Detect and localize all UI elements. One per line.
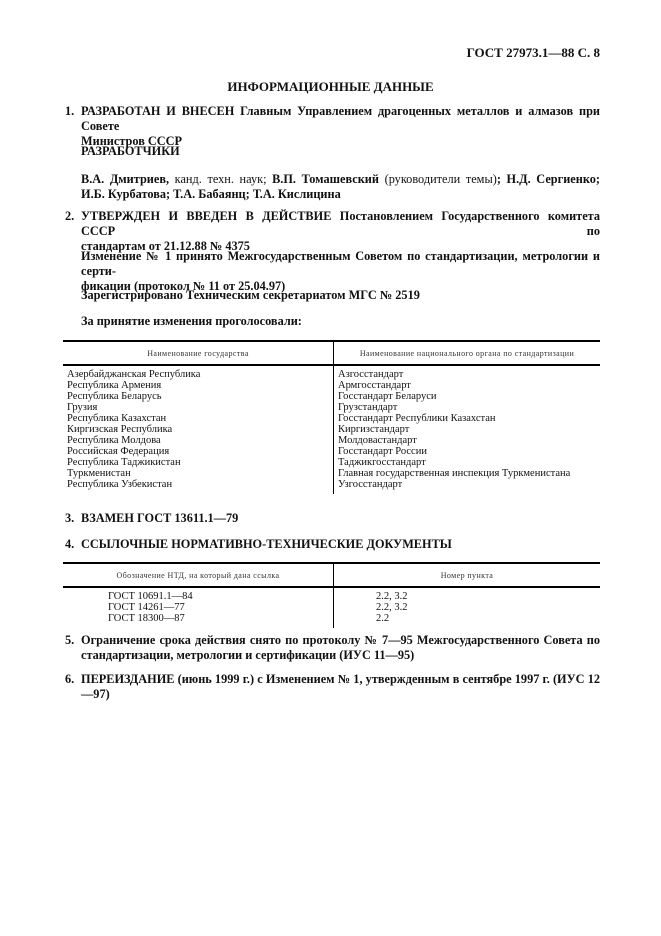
section-number: 6. bbox=[65, 672, 74, 687]
change-note-line-1: Изменение № 1 принято Межгосударственным… bbox=[81, 249, 600, 279]
table-row: ГОСТ 10691.1—842.2, 3.2 bbox=[63, 587, 600, 602]
section-4-text: ССЫЛОЧНЫЕ НОРМАТИВНО-ТЕХНИЧЕСКИЕ ДОКУМЕН… bbox=[81, 537, 452, 551]
table-row: Республика АрменияАрмгосстандарт bbox=[63, 380, 600, 391]
developers-line-2: И.Б. Курбатова; Т.А. Бабаянц; Т.А. Кисли… bbox=[81, 187, 600, 202]
table-row: Азербайджанская РеспубликаАзгосстандарт bbox=[63, 365, 600, 380]
section-number: 1. bbox=[65, 104, 74, 119]
table-row: ГОСТ 18300—872.2 bbox=[63, 613, 600, 628]
table-cell-name: Киргизская Республика bbox=[63, 424, 334, 435]
table-cell-value: Главная государственная инспекция Туркме… bbox=[334, 468, 601, 479]
table-cell-name: ГОСТ 10691.1—84 bbox=[63, 587, 334, 602]
table-cell-name: Грузия bbox=[63, 402, 334, 413]
column-header-body: Наименование национального органа по ста… bbox=[334, 341, 601, 365]
section-2-line-1: УТВЕРЖДЕН И ВВЕДЕН В ДЕЙСТВИЕ Постановле… bbox=[81, 209, 600, 239]
section-5-line-2: стандартизации, метрологии и сертификаци… bbox=[81, 648, 600, 663]
section-1: 1. РАЗРАБОТАН И ВНЕСЕН Главным Управлени… bbox=[81, 104, 600, 149]
table-cell-name: Республика Молдова bbox=[63, 435, 334, 446]
table-cell-value: Молдовастандарт bbox=[334, 435, 601, 446]
table-cell-name: ГОСТ 14261—77 bbox=[63, 602, 334, 613]
section-6: 6. ПЕРЕИЗДАНИЕ (июнь 1999 г.) с Изменени… bbox=[81, 672, 600, 702]
table-cell-value: Госстандарт России bbox=[334, 446, 601, 457]
section-number: 5. bbox=[65, 633, 74, 648]
table-cell-name: Республика Беларусь bbox=[63, 391, 334, 402]
section-4: 4.ССЫЛОЧНЫЕ НОРМАТИВНО-ТЕХНИЧЕСКИЕ ДОКУМ… bbox=[81, 537, 452, 552]
references-table: Обозначение НТД, на который дана ссылка … bbox=[63, 562, 600, 628]
developers-list: В.А. Дмитриев, канд. техн. наук; В.П. То… bbox=[81, 172, 600, 202]
section-6-text: ПЕРЕИЗДАНИЕ (июнь 1999 г.) с Изменением … bbox=[81, 672, 600, 702]
table-cell-value: 2.2 bbox=[334, 613, 601, 628]
table-row: ТуркменистанГлавная государственная инсп… bbox=[63, 468, 600, 479]
developer-3: ; Н.Д. Сергиенко; bbox=[497, 172, 600, 186]
column-header-clause: Номер пункта bbox=[334, 563, 601, 587]
table-cell-value: Киргизстандарт bbox=[334, 424, 601, 435]
table-cell-value: Грузстандарт bbox=[334, 402, 601, 413]
table-row: Республика БеларусьГосстандарт Беларуси bbox=[63, 391, 600, 402]
table-cell-name: Республика Армения bbox=[63, 380, 334, 391]
table-row: ГрузияГрузстандарт bbox=[63, 402, 600, 413]
section-number: 2. bbox=[65, 209, 74, 224]
table-row: Киргизская РеспубликаКиргизстандарт bbox=[63, 424, 600, 435]
table-cell-value: Госстандарт Беларуси bbox=[334, 391, 601, 402]
section-5: 5. Ограничение срока действия снято по п… bbox=[81, 633, 600, 663]
developers-heading: РАЗРАБОТЧИКИ bbox=[81, 144, 180, 159]
table-cell-name: Республика Узбекистан bbox=[63, 479, 334, 494]
section-3: 3.ВЗАМЕН ГОСТ 13611.1—79 bbox=[81, 511, 238, 526]
section-number: 4. bbox=[65, 537, 74, 552]
registration-note: Зарегистрировано Техническим секретариат… bbox=[81, 288, 420, 303]
table-cell-value: Азгосстандарт bbox=[334, 365, 601, 380]
developer-1: В.А. Дмитриев, bbox=[81, 172, 169, 186]
table-cell-name: Республика Казахстан bbox=[63, 413, 334, 424]
section-number: 3. bbox=[65, 511, 74, 526]
table-cell-name: Азербайджанская Республика bbox=[63, 365, 334, 380]
section-3-text: ВЗАМЕН ГОСТ 13611.1—79 bbox=[81, 511, 238, 525]
section-2: 2. УТВЕРЖДЕН И ВВЕДЕН В ДЕЙСТВИЕ Постано… bbox=[81, 209, 600, 254]
table-cell-value: Таджикгосстандарт bbox=[334, 457, 601, 468]
table-cell-value: 2.2, 3.2 bbox=[334, 587, 601, 602]
column-header-document: Обозначение НТД, на который дана ссылка bbox=[63, 563, 334, 587]
votes-table: Наименование государства Наименование на… bbox=[63, 340, 600, 494]
voted-note: За принятие изменения проголосовали: bbox=[81, 314, 302, 329]
section-5-line-1: Ограничение срока действия снято по прот… bbox=[81, 633, 600, 648]
developer-1-role: канд. техн. наук; bbox=[169, 172, 266, 186]
table-cell-value: Госстандарт Республики Казахстан bbox=[334, 413, 601, 424]
table-row: Российская ФедерацияГосстандарт России bbox=[63, 446, 600, 457]
table-row: Республика КазахстанГосстандарт Республи… bbox=[63, 413, 600, 424]
table-cell-value: Узгосстандарт bbox=[334, 479, 601, 494]
document-reference: ГОСТ 27973.1—88 С. 8 bbox=[467, 45, 600, 61]
table-cell-value: Армгосстандарт bbox=[334, 380, 601, 391]
developer-2-role: (руководители темы) bbox=[379, 172, 497, 186]
column-header-state: Наименование государства bbox=[63, 341, 334, 365]
section-1-line-1: РАЗРАБОТАН И ВНЕСЕН Главным Управлением … bbox=[81, 104, 600, 134]
table-row: Республика МолдоваМолдовастандарт bbox=[63, 435, 600, 446]
table-cell-name: Российская Федерация bbox=[63, 446, 334, 457]
table-cell-name: ГОСТ 18300—87 bbox=[63, 613, 334, 628]
table-cell-value: 2.2, 3.2 bbox=[334, 602, 601, 613]
table-cell-name: Туркменистан bbox=[63, 468, 334, 479]
table-cell-name: Республика Таджикистан bbox=[63, 457, 334, 468]
table-row: ГОСТ 14261—772.2, 3.2 bbox=[63, 602, 600, 613]
table-row: Республика УзбекистанУзгосстандарт bbox=[63, 479, 600, 494]
developer-2: В.П. Томашевский bbox=[266, 172, 379, 186]
table-row: Республика ТаджикистанТаджикгосстандарт bbox=[63, 457, 600, 468]
page-title: ИНФОРМАЦИОННЫЕ ДАННЫЕ bbox=[0, 79, 661, 95]
